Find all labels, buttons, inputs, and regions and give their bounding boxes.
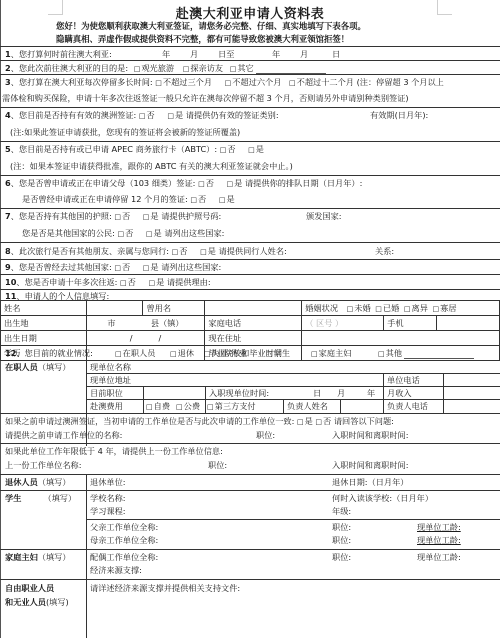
label-start-date: 入职现单位时间: [209, 388, 269, 399]
question-9: 9、您是否曾经去过其他国家: 否 是 请列出这些国家: [0, 259, 500, 274]
divider [0, 490, 500, 491]
label-home-phone: 家庭电话 [205, 316, 302, 331]
label-trip-cost: 赴澳费用 [90, 401, 123, 412]
student-section-label: 学生（填写） [5, 493, 76, 504]
divider [340, 399, 341, 413]
intro-line-2: 隐瞒真相、弄虚作假或提供资料不完整，都有可能导致您被澳大利亚领馆拒签！ [56, 33, 349, 45]
q5-option-yes[interactable]: 是 [248, 144, 264, 154]
q1-to-year[interactable]: 年 [272, 49, 280, 60]
q12-option-student[interactable]: 学生 [266, 348, 290, 359]
q4-note: (注:如果此签证申请获批，您现有的签证将会被新的签证所覆盖) [10, 127, 240, 138]
question-1: 1、您打算何时前往澳大利亚: 年 月 日至 年 月 日 [0, 46, 500, 60]
label-last-dates: 入职时间和离职时间: [332, 460, 408, 471]
housewife-section-label: 家庭主妇（填写） [5, 552, 71, 563]
q12-option-housewife[interactable]: 家庭主妇 [311, 348, 351, 359]
label-current-address: 现在住址 [205, 331, 302, 346]
divider [0, 413, 500, 414]
q6-sub-option-no[interactable]: 否 [190, 194, 206, 204]
label-father-years: 现单位工龄: [417, 522, 461, 533]
label-monthly-income: 月收入 [387, 388, 412, 399]
q1-from-month[interactable]: 月 [190, 49, 198, 60]
question-4: 4、您目前是否持有有效的澳洲签证: 否 是 请提供仍有效的签证类别: 有效期(日… [0, 107, 500, 141]
label-retired-date: 退休日期:（日月年） [332, 477, 408, 488]
q3-note-a: (注：停留超 3 个月以上 [357, 77, 444, 87]
input-former-name[interactable] [205, 301, 302, 316]
q2-text: 、您此次前往澳大利亚的目的是: [11, 63, 128, 73]
marital-divorced[interactable]: 离异 [404, 303, 428, 313]
q1-to-day[interactable]: 日 [332, 49, 340, 60]
q4-prompt: 请提供仍有效的签证类别: [186, 110, 279, 120]
q12-number: 12 [5, 348, 16, 358]
label-father-employer: 父亲工作单位全称: [90, 522, 158, 533]
q1-from-day[interactable]: 日至 [218, 49, 234, 60]
q12-option-other[interactable]: 其他 [378, 348, 402, 359]
retired-label: 退休人员 [5, 477, 38, 487]
q8-relation-label: 关系: [375, 246, 394, 257]
divider [443, 373, 444, 413]
start-date-year[interactable]: 年 [367, 388, 375, 399]
label-person-phone: 负责人电话 [387, 401, 428, 412]
input-mobile[interactable] [437, 316, 500, 331]
q3-text: 、您打算在澳大利亚每次停留多长时间: [11, 77, 153, 87]
label-freelance-prompt: 请详述经济来源支撑并提供相关支持文件: [90, 583, 240, 594]
label-prev-dates: 入职时间和离职时间: [332, 430, 408, 441]
intro-line-1: 您好！为使您顺利获取澳大利亚签证，请您务必完整、仔细、真实地填写下表各项。 [56, 20, 366, 32]
q5-note: (注：如果本签证申请获得批准，跟你的 ABTC 有关的澳大利亚签证就会中止。) [10, 161, 293, 172]
label-spouse-position: 职位: [332, 552, 351, 563]
short-tenure-question: 如果此单位工作年限低于 4 年，请提供上一份工作单位信息: [5, 446, 223, 457]
input-home-phone[interactable]: （ 区号 ） [302, 316, 384, 331]
q2-other-input[interactable] [256, 65, 326, 74]
cost-company-paid[interactable]: 公费 [176, 401, 200, 412]
q9-option-yes[interactable]: 是 [143, 262, 159, 272]
label-birthplace: 出生地 [1, 316, 87, 331]
student-label: 学生 [5, 493, 21, 503]
q2-option-other[interactable]: 其它 [230, 63, 254, 73]
label-mobile: 手机 [384, 316, 437, 331]
student-label-sub: （填写） [43, 493, 76, 503]
cost-third-party[interactable]: 第三方支付 [207, 401, 256, 412]
label-company-address: 现单位地址 [90, 375, 131, 386]
label-retired-unit: 退休单位: [90, 477, 126, 488]
q7-option-yes[interactable]: 是 [143, 211, 159, 221]
divider [0, 360, 500, 361]
divider [0, 443, 500, 444]
label-school: 学校名称: [90, 493, 126, 504]
prev-option-yes[interactable]: 是 [297, 416, 313, 426]
q7-issuer-label: 颁发国家: [306, 211, 342, 222]
birthplace-county: 县（镇） [151, 318, 184, 328]
marital-widowed[interactable]: 寡居 [433, 303, 457, 313]
label-former-name: 曾用名 [143, 301, 205, 316]
q8-option-no[interactable]: 否 [172, 246, 188, 256]
label-company-phone: 单位电话 [387, 375, 420, 386]
q3-option-6-months[interactable]: 不超过六个月 [225, 77, 282, 87]
input-birthplace[interactable]: 市 县（镇） [86, 316, 205, 331]
question-12: 12、您目前的就业情况: 在职人员 退休 失业/待业 学生 家庭主妇 其他 [0, 345, 500, 360]
q3-note-b: 需体检和购买保险，申请十年多次往返签证一般只允许在澳每次停留不超 3 个月，否则… [2, 93, 409, 104]
question-2: 2、您此次前往澳大利亚的目的是: 观光旅游 探亲访友 其它 [0, 60, 500, 74]
q7-sub-option-no[interactable]: 否 [117, 228, 133, 238]
application-form-page: 赴澳大利亚申请人资料表 您好！为使您顺利获取澳大利亚签证，请您务必完整、仔细、真… [0, 0, 500, 638]
input-name[interactable] [86, 301, 143, 316]
label-spouse-employer: 配偶工作单位全称: [90, 552, 158, 563]
q4-option-no[interactable]: 否 [139, 110, 155, 120]
divider [283, 399, 284, 413]
divider [0, 549, 500, 550]
label-person-in-charge: 负责人姓名 [287, 401, 328, 412]
label-mother-years: 现单位工龄: [417, 535, 461, 546]
q5-text: 、您目前是否持有或已申请 APEC 商务旅行卡（ABTC）: [11, 144, 217, 154]
q7-option-no[interactable]: 否 [114, 211, 130, 221]
label-prev-company: 请提供之前申请工作单位的名称: [5, 430, 122, 441]
freelance-label-text: 和无业人员 [5, 597, 46, 607]
divider [86, 474, 87, 638]
q6-prompt: 请提供你的排队日期（日月年）: [245, 178, 362, 188]
q1-from-year[interactable]: 年 [162, 49, 170, 60]
question-8: 8、此次旅行是否有其他朋友、亲属与您同行: 否 是 请提供同行人姓名: 关系: [0, 242, 500, 259]
employed-label-sub: （填写） [38, 362, 71, 372]
prev-option-no[interactable]: 否 [315, 416, 331, 426]
q4-text: 、您目前是否持有有效的澳洲签证: [11, 110, 137, 120]
retired-section-label: 退休人员（填写） [5, 477, 71, 488]
freelance-label-line2: 和无业人员(填写) [5, 597, 69, 608]
label-mother-employer: 母亲工作单位全称: [90, 535, 158, 546]
q7-sub-text: 您是否是其他国家的公民: [22, 228, 115, 238]
freelance-label-line1: 自由职业人员 [5, 583, 54, 594]
q12-option-unemployed[interactable]: 失业/待业 [204, 348, 247, 359]
q1-text: 、您打算何时前往澳大利亚: [11, 49, 112, 59]
label-birth-date: 出生日期 [1, 331, 87, 346]
cost-self-paid[interactable]: 自费 [146, 401, 170, 412]
q7-prompt: 请提供护照号码: [161, 211, 221, 221]
birthplace-city: 市 [107, 318, 115, 328]
q6-option-no[interactable]: 否 [198, 178, 214, 188]
input-birth-date[interactable]: / / [86, 331, 205, 346]
label-father-position: 职位: [332, 522, 351, 533]
q3-option-3-months[interactable]: 不超过三个月 [155, 77, 212, 87]
q7-text: 、您是否持有其他国的护照: [11, 211, 112, 221]
retired-label-sub: （填写） [38, 477, 71, 487]
label-grade: 年级: [332, 506, 351, 517]
divider [86, 386, 500, 387]
prev-q-text: 如果之前申请过澳洲签证，当初申请的工作单位是否与此次申请的工作单位一致: [5, 416, 294, 426]
label-last-company: 上一份工作单位名称: [5, 460, 81, 471]
start-date-month[interactable]: 月 [337, 388, 345, 399]
label-enroll-date: 何时入读该学校:（日月年） [332, 493, 433, 504]
q12-option-retired[interactable]: 退休 [170, 348, 194, 359]
q7-sub-prompt: 请列出这些国家: [164, 228, 224, 238]
q5-option-no[interactable]: 否 [220, 144, 236, 154]
marital-single[interactable]: 未婚 [347, 303, 371, 313]
question-3: 3、您打算在澳大利亚每次停留多长时间: 不超过三个月 不超过六个月 不超过十二个… [0, 74, 500, 107]
label-last-position: 职位: [208, 460, 227, 471]
marital-status-cell: 婚姻状况 未婚 已婚 离异 寡居 [302, 301, 500, 316]
label-marital-status: 婚姻状况 [305, 303, 338, 313]
label-spouse-years: 现单位工龄: [417, 552, 461, 563]
start-date-day[interactable]: 日 [313, 388, 321, 399]
divider [143, 386, 144, 413]
divider [205, 386, 206, 413]
q2-option-sightseeing[interactable]: 观光旅游 [134, 63, 174, 73]
q12-text: 、您目前的就业情况: [16, 348, 92, 358]
q3-option-12-months[interactable]: 不超过十二个月 [289, 77, 354, 87]
housewife-label-sub: （填写） [38, 552, 71, 562]
q6-option-yes[interactable]: 是 [227, 178, 243, 188]
question-6: 6、您是否曾申请或正在申请父母（103 细类）签证: 否 是 请提供你的排队日期… [0, 175, 500, 208]
label-prev-position: 职位: [256, 430, 275, 441]
q12-option-employed[interactable]: 在职人员 [115, 348, 155, 359]
q6-text: 、您是否曾申请或正在申请父母（103 细类）签证: [11, 178, 196, 188]
q1-to-month[interactable]: 月 [300, 49, 308, 60]
q4-option-yes[interactable]: 是 [167, 110, 183, 120]
divider [0, 474, 500, 475]
housewife-label: 家庭主妇 [5, 552, 38, 562]
q8-prompt: 请提供同行人姓名: [219, 246, 287, 256]
divider [0, 579, 500, 580]
employed-section-label: 在职人员（填写） [5, 362, 71, 373]
divider [383, 373, 384, 413]
q9-prompt: 请列出这些国家: [161, 262, 221, 272]
divider [86, 373, 500, 374]
freelance-description-input[interactable] [88, 596, 498, 636]
employed-label: 在职人员 [5, 362, 38, 372]
q4-validity-label: 有效期(日月年): [370, 110, 428, 121]
label-name: 姓名 [1, 301, 87, 316]
q8-option-yes[interactable]: 是 [200, 246, 216, 256]
question-5: 5、您目前是否持有或已申请 APEC 商务旅行卡（ABTC）: 否 是 (注：如… [0, 141, 500, 175]
label-company-name: 现单位名称 [90, 362, 131, 373]
prev-answer-prompt: 请回答以下问题: [334, 416, 394, 426]
question-7: 7、您是否持有其他国的护照: 否 是 请提供护照号码: 颁发国家: 您是否是其他… [0, 208, 500, 242]
divider [86, 519, 500, 520]
freelance-label-sub: (填写) [46, 597, 69, 607]
q6-sub-option-yes[interactable]: 是 [219, 194, 235, 204]
prev-application-question: 如果之前申请过澳洲签证，当初申请的工作单位是否与此次申请的工作单位一致: 是 否… [5, 416, 394, 427]
divider [86, 399, 500, 400]
label-mother-position: 职位: [332, 535, 351, 546]
input-current-address[interactable] [302, 331, 500, 346]
marital-married[interactable]: 已婚 [375, 303, 399, 313]
q8-text: 、此次旅行是否有其他朋友、亲属与您同行: [11, 246, 169, 256]
q6-sub-text: 是否曾经申请或正在申请停留 12 个月的签证: [22, 194, 188, 204]
q7-sub-option-yes[interactable]: 是 [146, 228, 162, 238]
q12-other-input[interactable] [404, 348, 474, 359]
label-income-source: 经济来源支撑: [90, 565, 142, 576]
q9-option-no[interactable]: 否 [114, 262, 130, 272]
q2-option-visit-family[interactable]: 探亲访友 [183, 63, 223, 73]
q9-text: 、您是否曾经去过其他国家: [11, 262, 112, 272]
label-course: 学习课程: [90, 506, 126, 517]
label-position: 目前职位 [90, 388, 123, 399]
